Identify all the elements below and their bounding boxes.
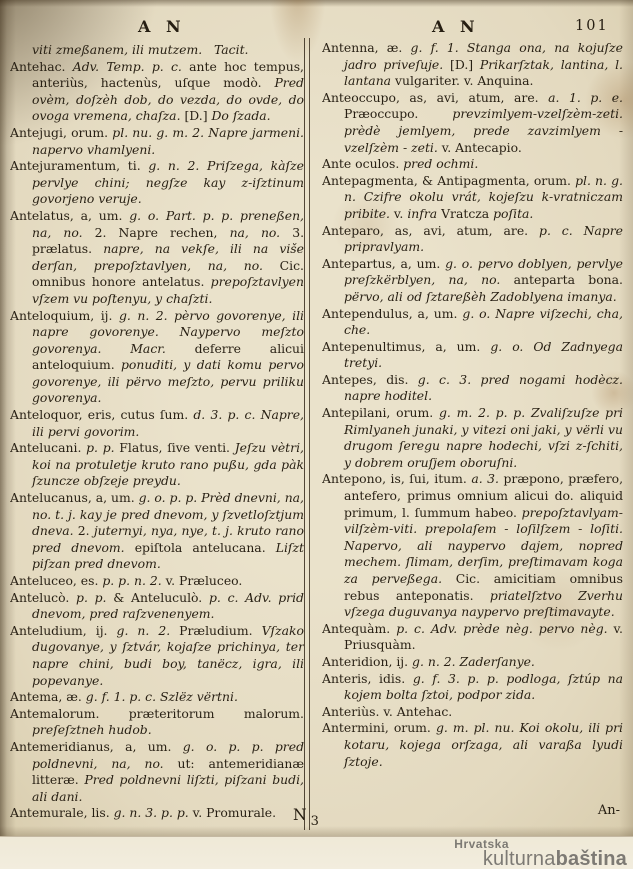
- entry-latin-text: Flatus, ſive venti.: [119, 440, 234, 455]
- entry-latin-text: Antejuramentum, ti.: [10, 158, 148, 173]
- entry-latin-text: Antelatus, a, um.: [10, 208, 129, 223]
- entry-latin-text: Anteoccupo, as, avi, atum, are.: [322, 90, 548, 105]
- column-right: Antenna, æ. g. f. 1. Stanga ona, na koju…: [322, 40, 623, 822]
- watermark-word-normal: kulturna: [483, 848, 556, 869]
- entry-latin-text: Anteluceo, es.: [10, 573, 102, 588]
- entry-latin-text: Anteriùs. v. Antehac.: [322, 704, 452, 719]
- dictionary-entry: Antelatus, a, um. g. o. Part. p. p. pren…: [10, 208, 304, 308]
- entry-latin-text: anteparta bona.: [514, 272, 623, 287]
- entry-latin-text: Antepenultimus, a, um.: [322, 339, 490, 354]
- entry-latin-text: Ante oculos.: [322, 156, 403, 171]
- entry-latin-text: Vratcza: [441, 206, 493, 221]
- entry-latin-text: Antelucanus, a, um.: [10, 490, 139, 505]
- entry-latin-text: Antependulus, a, um.: [322, 306, 462, 321]
- dictionary-entry: Antehac. Adv. Temp. p. c. ante hoc tempu…: [10, 59, 304, 125]
- page-number: 101: [575, 18, 609, 34]
- entry-latin-text: epiſtola antelucana.: [135, 540, 276, 555]
- dictionary-entry: Antepes, dis. g. c. 3. pred nogami hodèc…: [322, 372, 623, 405]
- dictionary-entry: Antepenultimus, a, um. g. o. Od Zadnyega…: [322, 339, 623, 372]
- scanned-page: A N A N 101 viti zmeßanem, ili mutzem. T…: [0, 0, 633, 869]
- entry-gloss-text: Do ſzada.: [212, 108, 271, 123]
- entry-gloss-text: preſeſztneh hudob.: [32, 722, 152, 737]
- entry-gloss-text: pred ochmi.: [403, 156, 478, 171]
- entry-latin-text: Præoccupo.: [344, 106, 452, 121]
- entry-gloss-text: g. n. 2.: [117, 623, 180, 638]
- dictionary-entry: Antepono, is, ſui, itum. a. 3. præpono, …: [322, 471, 623, 620]
- catchword: An-: [598, 803, 620, 818]
- entry-latin-text: Antequàm.: [322, 621, 396, 636]
- entry-gloss-text: p. p.: [86, 440, 119, 455]
- entry-gloss-text: infra: [407, 206, 441, 221]
- running-head-left: A N: [138, 17, 186, 36]
- dictionary-entry: Antemalorum. præteritorum malorum. preſe…: [10, 706, 304, 739]
- entry-gloss-text: p. p. n. 2.: [102, 573, 165, 588]
- entry-latin-text: Antepes, dis.: [322, 372, 418, 387]
- dictionary-entry: Anteparo, as, avi, atum, are. p. c. Napr…: [322, 223, 623, 256]
- entry-gloss-text: g. f. 1. p. c. Szlëz vërtni.: [86, 689, 238, 704]
- entry-gloss-text: viti zmeßanem, ili mutzem.: [32, 42, 202, 57]
- dictionary-page-scan: A N A N 101 viti zmeßanem, ili mutzem. T…: [0, 0, 633, 836]
- entry-latin-text: v.: [394, 206, 407, 221]
- watermark-word-bold: baština: [556, 848, 627, 869]
- entry-latin-text: Antelucani.: [10, 440, 86, 455]
- entry-gloss-text: p. c. Adv. prède nèg. pervo nèg.: [396, 621, 613, 636]
- dictionary-entry: Antependulus, a, um. g. o. Napre viſzech…: [322, 306, 623, 339]
- entry-latin-text: Antelucò.: [10, 590, 76, 605]
- running-head-right: A N: [432, 17, 480, 36]
- entry-gloss-text: poſita.: [493, 206, 533, 221]
- dictionary-entry: Anteoccupo, as, avi, atum, are. a. 1. p.…: [322, 90, 623, 156]
- dictionary-entry: Antelucanus, a, um. g. o. p. p. Prèd dne…: [10, 490, 304, 573]
- entry-gloss-text: pl. nu. g. m. 2.: [112, 125, 208, 140]
- column-divider-rule: [304, 38, 310, 830]
- entry-latin-text: Anteridion, ij.: [322, 654, 412, 669]
- dictionary-entry: Ante oculos. pred ochmi.: [322, 156, 623, 173]
- entry-latin-text: 2. Napre rechen,: [95, 225, 230, 240]
- watermark-band: Hrvatska kulturnabaština: [0, 836, 633, 869]
- dictionary-entry: Antermini, orum. g. m. pl. nu. Koi okolu…: [322, 720, 623, 770]
- entry-gloss-text: a. 1. p. e.: [548, 90, 623, 105]
- entry-latin-text: Antemeridianus, a, um.: [10, 739, 183, 754]
- entry-latin-text: v. Promurale.: [193, 805, 276, 820]
- entry-latin-text: vulgariter. v. Anquina.: [395, 73, 533, 88]
- dictionary-entry: Antelucani. p. p. Flatus, ſive venti. Je…: [10, 440, 304, 490]
- entry-latin-text: Antepilani, orum.: [322, 405, 439, 420]
- entry-latin-text: Antepagmenta, & Antipagmenta, orum.: [322, 173, 575, 188]
- signature-letter: N: [293, 806, 307, 824]
- column-left: viti zmeßanem, ili mutzem. Tacit.Antehac…: [10, 42, 304, 832]
- entry-latin-text: Anteparo, as, avi, atum, are.: [322, 223, 539, 238]
- watermark-line2: kulturnabaština: [454, 849, 627, 869]
- entry-latin-text: Antermini, orum.: [322, 720, 436, 735]
- entry-latin-text: Antemurale, lis.: [10, 805, 114, 820]
- entry-latin-text: v. Præluceo.: [166, 573, 243, 588]
- entry-gloss-text: g. n. 2. Zaderſanye.: [412, 654, 535, 669]
- entry-latin-text: 2.: [78, 523, 94, 538]
- dictionary-entry: Antequàm. p. c. Adv. prède nèg. pervo nè…: [322, 621, 623, 654]
- signature-number: 3: [311, 814, 319, 829]
- dictionary-entry: Antemurale, lis. g. n. 3. p. p. v. Promu…: [10, 805, 304, 822]
- dictionary-entry: Anteriùs. v. Antehac.: [322, 704, 623, 721]
- dictionary-entry: Anteludium, ij. g. n. 2. Præludium. Vſza…: [10, 623, 304, 689]
- entry-latin-text: Anteloquor, eris, cutus ſum.: [10, 407, 193, 422]
- dictionary-entry: Anteloquor, eris, cutus ſum. d. 3. p. c.…: [10, 407, 304, 440]
- entry-gloss-text: na, no.: [230, 225, 293, 240]
- dictionary-entry: viti zmeßanem, ili mutzem. Tacit.: [10, 42, 304, 59]
- entry-latin-text: & Anteluculò.: [113, 590, 209, 605]
- entry-gloss-text: Adv. Temp. p. c.: [73, 59, 189, 74]
- dictionary-entry: Anteridion, ij. g. n. 2. Zaderſanye.: [322, 654, 623, 671]
- dictionary-entry: Antenna, æ. g. f. 1. Stanga ona, na koju…: [322, 40, 623, 90]
- entry-latin-text: Antejugi, orum.: [10, 125, 112, 140]
- entry-latin-text: Antepono, is, ſui, itum.: [322, 471, 471, 486]
- entry-latin-text: Præludium.: [179, 623, 261, 638]
- signature-mark: N3: [293, 806, 315, 824]
- entry-latin-text: Antenna, æ.: [322, 40, 411, 55]
- dictionary-entry: Antepagmenta, & Antipagmenta, orum. pl. …: [322, 173, 623, 223]
- heritage-watermark: Hrvatska kulturnabaština: [454, 838, 627, 869]
- dictionary-entry: Antema, æ. g. f. 1. p. c. Szlëz vërtni.: [10, 689, 304, 706]
- entry-latin-text: [D.]: [184, 108, 211, 123]
- entry-gloss-text: përvo, ali od ſztareßèh Zadoblyena imany…: [344, 289, 617, 304]
- entry-latin-text: Antehac.: [10, 59, 73, 74]
- entry-latin-text: Antema, æ.: [10, 689, 86, 704]
- entry-latin-text: Antepartus, a, um.: [322, 256, 445, 271]
- entry-gloss-text: g. n. 3. p. p.: [114, 805, 193, 820]
- dictionary-entry: Anteloquium, ij. g. n. 2. pèrvo govoreny…: [10, 308, 304, 408]
- entry-latin-text: [D.]: [450, 57, 480, 72]
- entry-gloss-text: a. 3.: [471, 471, 503, 486]
- entry-gloss-text: p. p.: [76, 590, 113, 605]
- entry-latin-text: Anteris, idis.: [322, 671, 413, 686]
- dictionary-entry: Antejuramentum, ti. g. n. 2. Priſzega, k…: [10, 158, 304, 208]
- dictionary-entry: Antepartus, a, um. g. o. pervo doblyen, …: [322, 256, 623, 306]
- entry-latin-text: Anteludium, ij.: [10, 623, 117, 638]
- dictionary-entry: Anteluceo, es. p. p. n. 2. v. Præluceo.: [10, 573, 304, 590]
- entry-latin-text: Antemalorum. præteritorum malorum.: [10, 706, 304, 721]
- entry-latin-text: v. Antecapio.: [442, 140, 522, 155]
- dictionary-entry: Antemeridianus, a, um. g. o. p. p. pred …: [10, 739, 304, 805]
- entry-gloss-text: Tacit.: [202, 42, 248, 57]
- dictionary-entry: Antelucò. p. p. & Anteluculò. p. c. Adv.…: [10, 590, 304, 623]
- dictionary-entry: Antepilani, orum. g. m. 2. p. p. Zvaliſz…: [322, 405, 623, 471]
- dictionary-entry: Antejugi, orum. pl. nu. g. m. 2. Napre j…: [10, 125, 304, 158]
- entry-latin-text: Anteloquium, ij.: [10, 308, 119, 323]
- dictionary-entry: Anteris, idis. g. f. 3. p. p. podloga, ſ…: [322, 671, 623, 704]
